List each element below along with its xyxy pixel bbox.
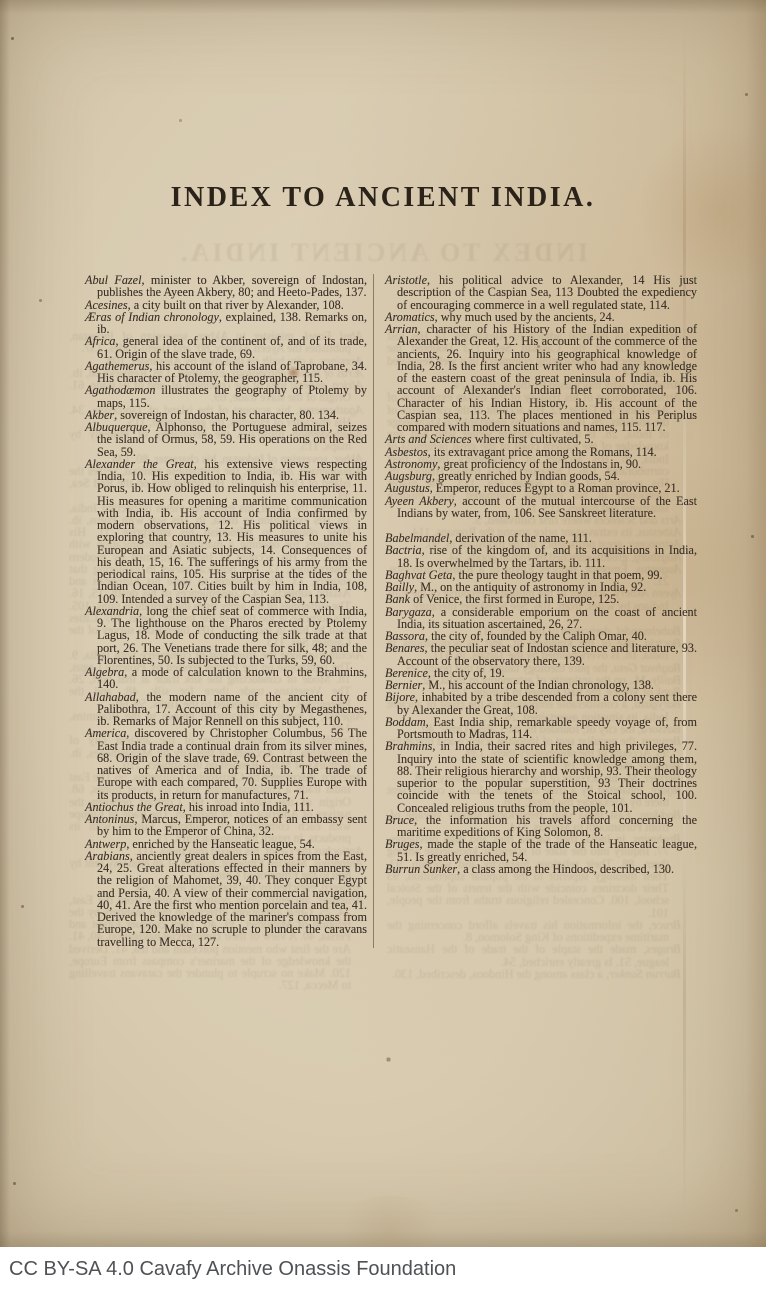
index-entry: Algebra, a mode of calculation known to …: [85, 666, 367, 691]
paper-stain: [330, 1196, 450, 1247]
index-entry: Brahmins, in India, their sacred rites a…: [385, 740, 697, 814]
bleed-entry: Burrun Sunker, a class among the Hindoos…: [387, 968, 681, 980]
index-entry: Burrun Sunker, a class among the Hindoos…: [385, 863, 697, 875]
index-entry: Barygaza, a considerable emporium on the…: [385, 606, 697, 631]
page-title: INDEX TO ANCIENT INDIA.: [0, 182, 766, 214]
book-page-scan: INDEX TO ANCIENT INDIA. Aristotle, his p…: [0, 0, 766, 1247]
index-columns: Abul Fazel, minister to Akber, sovereign…: [85, 274, 697, 948]
index-entry: Æras of Indian chronology, explained, 13…: [85, 311, 367, 336]
index-entry: Bijore, inhabited by a tribe descended f…: [385, 691, 697, 716]
index-entry: Aristotle, his political advice to Alexa…: [385, 274, 697, 311]
license-caption-text: CC BY-SA 4.0 Cavafy Archive Onassis Foun…: [9, 1258, 456, 1281]
index-entry: Alexandria, long the chief seat of comme…: [85, 605, 367, 666]
index-entry: Antoninus, Marcus, Emperor, notices of a…: [85, 813, 367, 838]
index-entry: Agathemerus, his account of the island o…: [85, 360, 367, 385]
index-entry: Bactria, rise of the kingdom of, and its…: [385, 544, 697, 569]
index-column-left: Abul Fazel, minister to Akber, sovereign…: [85, 274, 367, 948]
bleed-through-title: INDEX TO ANCIENT INDIA.: [0, 238, 766, 268]
index-entry: Arrian, character of his History of the …: [385, 323, 697, 433]
index-entry: Alexander the Great, his extensive views…: [85, 458, 367, 605]
index-entry: Agathodæmon illustrates the geography of…: [85, 384, 367, 409]
index-entry: Allahabad, the modern name of the ancien…: [85, 691, 367, 728]
paper-specks: [0, 0, 1, 1]
index-entry: Bruce, the information his travels affor…: [385, 814, 697, 839]
index-entry: America, discovered by Christopher Colum…: [85, 727, 367, 801]
column-divider-rule: [373, 274, 374, 948]
index-entry: Ayeen Akbery, account of the mutual inte…: [385, 495, 697, 520]
index-column-right: Aristotle, his political advice to Alexa…: [385, 274, 697, 948]
index-entry: Boddam, East India ship, remarkable spee…: [385, 716, 697, 741]
index-entry: Albuquerque, Alphonso, the Portuguese ad…: [85, 421, 367, 458]
index-entry: Arabians, anciently great dealers in spi…: [85, 850, 367, 948]
index-entry: Africa, general idea of the continent of…: [85, 335, 367, 360]
index-entry: Abul Fazel, minister to Akber, sovereign…: [85, 274, 367, 299]
license-caption-bar: CC BY-SA 4.0 Cavafy Archive Onassis Foun…: [0, 1247, 766, 1291]
index-entry: Benares, the peculiar seat of Indostan s…: [385, 642, 697, 667]
index-entry: Bruges, made the staple of the trade of …: [385, 838, 697, 863]
